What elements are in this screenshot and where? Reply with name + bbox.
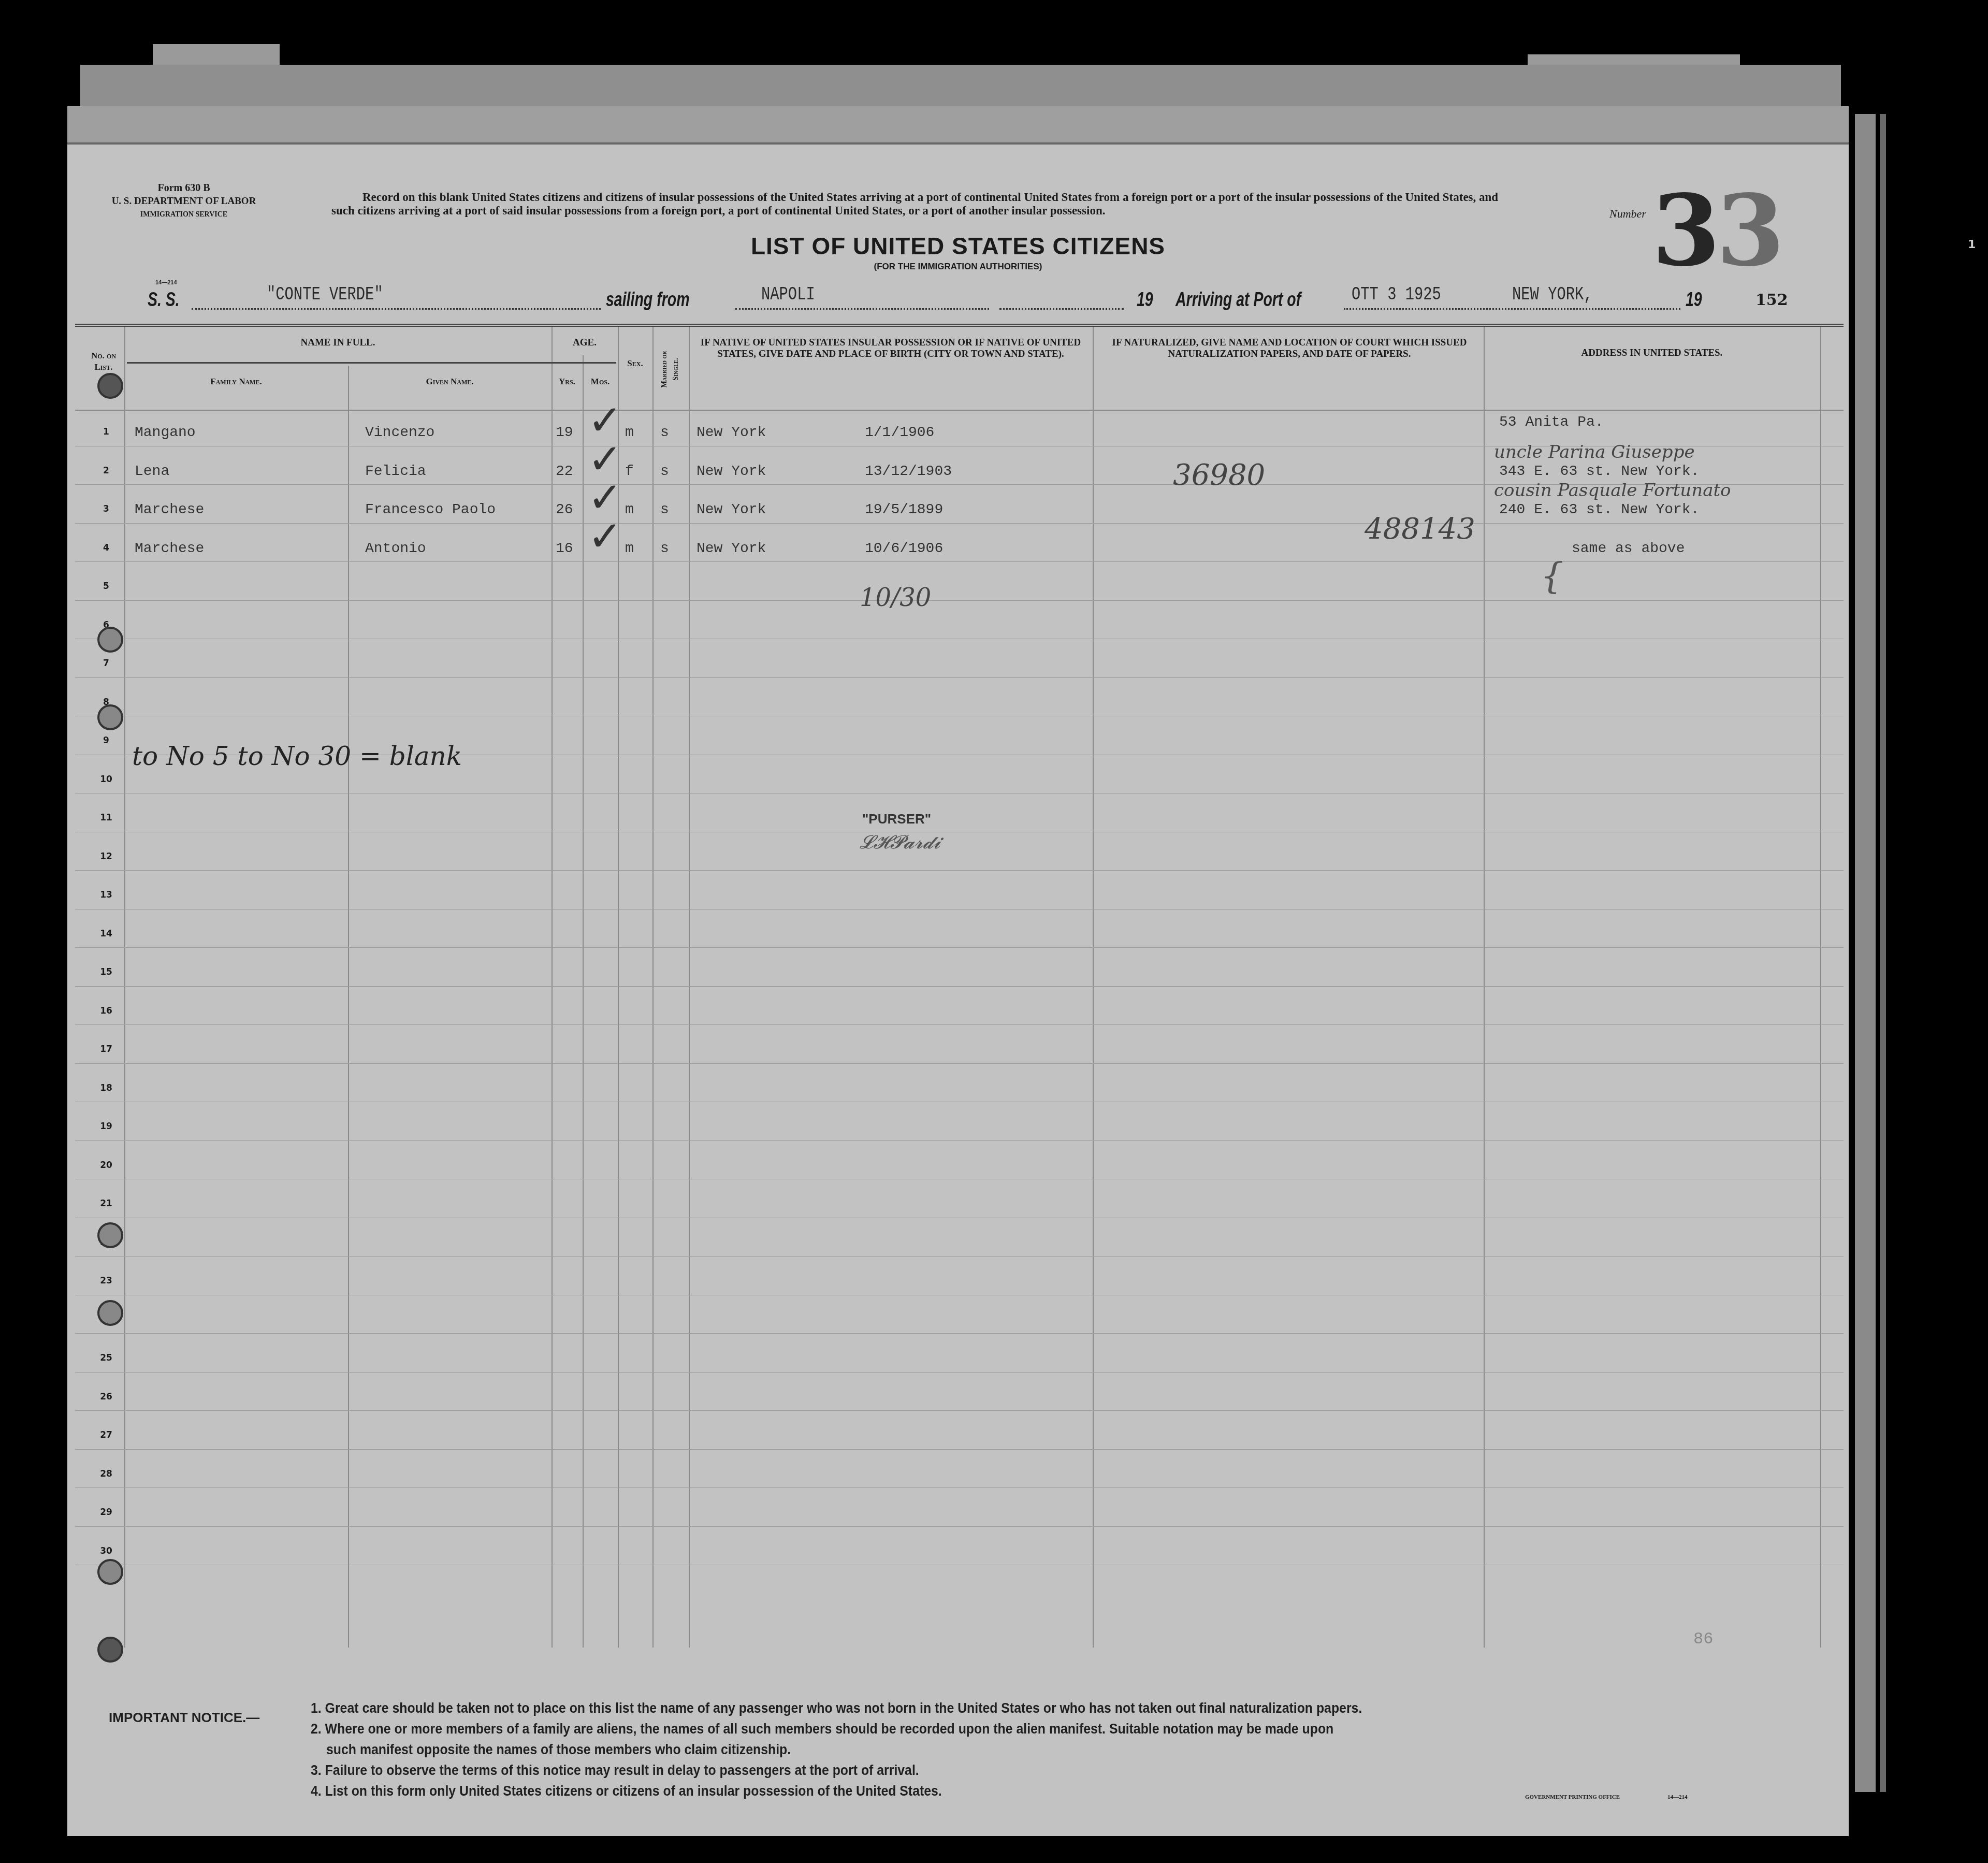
col-divider — [552, 327, 553, 1648]
family-name-cell: Mangano — [135, 425, 196, 441]
brace-mark: { — [1541, 555, 1564, 597]
date-line — [999, 308, 1124, 310]
header-mos: Mos. — [583, 376, 618, 387]
row-rule — [75, 523, 1844, 524]
birth-date-cell: 13/12/1903 — [865, 464, 952, 480]
given-name-cell: Antonio — [365, 541, 426, 557]
row-rule — [75, 1218, 1844, 1218]
row-number: 2 — [83, 466, 129, 476]
arrival-port: NEW YORK, — [1512, 284, 1593, 305]
row-number: 13 — [83, 890, 129, 900]
header-yrs: Yrs. — [552, 376, 583, 387]
age-yrs-cell: 26 — [556, 502, 573, 518]
given-name-cell: Vincenzo — [365, 425, 434, 441]
col-divider — [124, 327, 125, 1648]
row-rule — [75, 1179, 1844, 1179]
address-relation-note: uncle Parina Giuseppe — [1494, 442, 1695, 463]
row-number: 4 — [83, 543, 129, 553]
notice-item-2-cont: such manifest opposite the names of thos… — [326, 1740, 791, 1759]
marital-cell: s — [660, 425, 669, 441]
sex-cell: f — [625, 464, 634, 480]
adjacent-page-number: 1 — [1968, 238, 1976, 251]
row-rule — [75, 600, 1844, 601]
header-native-birth: IF NATIVE OF UNITED STATES INSULAR POSSE… — [696, 337, 1085, 360]
row-rule — [75, 947, 1844, 948]
row-number: 12 — [83, 851, 129, 862]
row-rule — [75, 793, 1844, 793]
address-cell: 240 E. 63 st. New York. — [1499, 502, 1699, 518]
row-number: 14 — [83, 929, 129, 939]
row-rule — [75, 1024, 1844, 1025]
punch-hole — [97, 627, 123, 653]
age-yrs-cell: 16 — [556, 541, 573, 557]
address-cell: 343 E. 63 st. New York. — [1499, 464, 1699, 480]
row-rule — [75, 909, 1844, 909]
table-header: No. on List. NAME IN FULL. Family Name. … — [75, 327, 1844, 411]
purser-stamp: "PURSER" — [862, 811, 931, 827]
row-rule — [75, 1256, 1844, 1257]
punch-hole — [97, 704, 123, 730]
col-divider — [652, 327, 654, 1648]
row-number: 16 — [83, 1006, 129, 1016]
row-number: 20 — [83, 1160, 129, 1171]
document-page: Form 630 B U. S. DEPARTMENT OF LABOR IMM… — [67, 106, 1849, 1836]
row-rule — [75, 639, 1844, 639]
sex-cell: m — [625, 502, 634, 518]
address-cell: same as above — [1572, 541, 1685, 557]
header-naturalized: IF NATURALIZED, GIVE NAME AND LOCATION O… — [1103, 337, 1476, 360]
passenger-table: No. on List. NAME IN FULL. Family Name. … — [75, 324, 1844, 1648]
adjacent-page-edge-shadow — [1880, 114, 1886, 1792]
row-number: 11 — [83, 813, 129, 823]
naturalization-number: 488143 — [1365, 512, 1475, 546]
family-name-cell: Lena — [135, 464, 169, 480]
punch-hole — [97, 373, 123, 399]
family-name-cell: Marchese — [135, 541, 204, 557]
punch-hole — [97, 1222, 123, 1248]
age-yrs-cell: 22 — [556, 464, 573, 480]
row-number: 21 — [83, 1198, 129, 1209]
birth-place-cell: New York — [696, 425, 766, 441]
arriving-label: Arriving at Port of — [1176, 289, 1301, 311]
form-title: LIST OF UNITED STATES CITIZENS — [67, 232, 1849, 260]
voyage-line: 14—214 S. S. "CONTE VERDE" sailing from … — [67, 285, 1849, 316]
row-number: 3 — [83, 504, 129, 514]
row-rule — [75, 1487, 1844, 1488]
punch-hole — [97, 1559, 123, 1585]
header-married-or-single: Married or Single. — [659, 341, 682, 398]
row-rule — [75, 870, 1844, 871]
col-divider — [583, 355, 584, 1648]
list-number-digit-1: 3 — [1652, 172, 1716, 288]
row-rule — [75, 832, 1844, 832]
col-divider — [1093, 327, 1094, 1648]
year-prefix-1: 19 — [1137, 289, 1153, 311]
sailing-from-line — [735, 308, 989, 310]
birth-date-cell: 10/6/1906 — [865, 541, 943, 557]
row-rule — [75, 1410, 1844, 1411]
row-number: 10 — [83, 774, 129, 785]
row-number: 29 — [83, 1507, 129, 1518]
row-rule — [75, 716, 1844, 716]
notice-item-3: 3. Failure to observe the terms of this … — [311, 1761, 919, 1780]
punch-hole — [97, 1637, 123, 1663]
sex-cell: m — [625, 541, 634, 557]
sailing-from-port: NAPOLI — [761, 284, 815, 305]
notice-heading: IMPORTANT NOTICE.— — [109, 1708, 259, 1727]
age-yrs-cell: 19 — [556, 425, 573, 441]
service-name: IMMIGRATION SERVICE — [106, 208, 262, 222]
ship-name-line — [192, 308, 601, 310]
notice-item-2: 2. Where one or more members of a family… — [311, 1720, 1333, 1738]
row-rule — [75, 1063, 1844, 1064]
check-mark-icon: ✓ — [588, 512, 622, 560]
given-name-cell: Francesco Paolo — [365, 502, 496, 518]
row-rule — [75, 1295, 1844, 1295]
col-divider — [689, 327, 690, 1648]
printer-name: GOVERNMENT PRINTING OFFICE — [1525, 1788, 1620, 1807]
header-address: ADDRESS IN UNITED STATES. — [1484, 348, 1820, 359]
punch-hole — [97, 1300, 123, 1326]
birth-place-cell: New York — [696, 541, 766, 557]
row-number: 28 — [83, 1469, 129, 1479]
list-number-stamp: 33 — [1652, 181, 1780, 280]
address-cell: 53 Anita Pa. — [1499, 414, 1604, 430]
marital-cell: s — [660, 502, 669, 518]
birth-place-cell: New York — [696, 502, 766, 518]
row-number: 19 — [83, 1121, 129, 1132]
row-number: 25 — [83, 1353, 129, 1363]
row-rule — [75, 986, 1844, 987]
row-rule — [75, 1102, 1844, 1102]
family-name-cell: Marchese — [135, 502, 204, 518]
row-rule — [75, 1449, 1844, 1450]
list-number-digit-2: 3 — [1716, 172, 1780, 288]
page-reference: 152 — [1755, 291, 1788, 309]
ship-name: "CONTE VERDE" — [267, 284, 383, 305]
department-name: U. S. DEPARTMENT OF LABOR — [106, 195, 262, 208]
row-number: 26 — [83, 1392, 129, 1402]
arrival-date-stamp: OTT 3 1925 — [1352, 284, 1441, 305]
row-number: 23 — [83, 1276, 129, 1286]
row-rule — [75, 1372, 1844, 1373]
row6-handwritten-note: to No 5 to No 30 = blank — [132, 741, 462, 771]
naturalization-number: 36980 — [1173, 458, 1265, 492]
sex-cell: m — [625, 425, 634, 441]
record-instructions: Record on this blank United States citiz… — [331, 191, 1502, 218]
row-number: 27 — [83, 1430, 129, 1440]
form-code: 14—214 — [155, 280, 177, 286]
header-age: AGE. — [552, 337, 618, 349]
form-identifier: Form 630 B U. S. DEPARTMENT OF LABOR IMM… — [106, 181, 262, 222]
notice-item-1: 1. Great care should be taken not to pla… — [311, 1699, 1362, 1717]
birth-date-cell: 1/1/1906 — [865, 425, 934, 441]
citizen-list-form: Form 630 B U. S. DEPARTMENT OF LABOR IMM… — [67, 145, 1849, 1836]
page-top-strip — [67, 106, 1849, 145]
row-number: 1 — [83, 427, 129, 437]
row-rule — [75, 1565, 1844, 1565]
year-prefix-2: 19 — [1686, 289, 1702, 311]
row-number: 5 — [83, 581, 129, 591]
birth-date-cell: 19/5/1899 — [865, 502, 943, 518]
marital-cell: s — [660, 541, 669, 557]
row-rule — [75, 561, 1844, 562]
faint-number: 86 — [1693, 1629, 1713, 1649]
given-name-cell: Felicia — [365, 464, 426, 480]
notice-item-4: 4. List on this form only United States … — [311, 1782, 942, 1800]
header-given-name: Given Name. — [348, 376, 552, 387]
row-rule — [75, 1140, 1844, 1141]
header-name-in-full: NAME IN FULL. — [124, 337, 552, 349]
arrival-line — [1344, 308, 1680, 310]
address-relation-note: cousin Pasquale Fortunato — [1494, 480, 1731, 501]
row-rule — [75, 677, 1844, 678]
printer-code: 14—214 — [1667, 1788, 1688, 1807]
col-divider — [1484, 327, 1485, 1648]
row-number: 18 — [83, 1083, 129, 1093]
row4-handwritten-date: 10/30 — [860, 583, 931, 612]
ss-label: S. S. — [148, 289, 180, 311]
row-rule — [75, 1526, 1844, 1527]
form-subtitle: (FOR THE IMMIGRATION AUTHORITIES) — [67, 262, 1849, 272]
row-number: 9 — [83, 735, 129, 746]
marital-cell: s — [660, 464, 669, 480]
purser-signature: 𝓛𝓗𝓟𝓪𝓻𝓭𝓲 — [860, 832, 940, 854]
sailing-from-label: sailing from — [606, 289, 690, 311]
form-number: Form 630 B — [106, 181, 262, 195]
header-no-on-list: No. on List. — [85, 350, 122, 373]
number-label: Number — [1609, 207, 1646, 221]
row-number: 7 — [83, 658, 129, 669]
row-number: 30 — [83, 1546, 129, 1556]
header-sex: Sex. — [618, 358, 652, 369]
col-divider — [348, 366, 349, 1648]
name-header-rule — [127, 362, 616, 364]
row-rule — [75, 1333, 1844, 1334]
birth-place-cell: New York — [696, 464, 766, 480]
row-number: 17 — [83, 1044, 129, 1055]
col-divider — [1820, 327, 1821, 1648]
header-family-name: Family Name. — [124, 376, 348, 387]
row-number: 15 — [83, 967, 129, 977]
adjacent-page-edge — [1855, 114, 1876, 1792]
